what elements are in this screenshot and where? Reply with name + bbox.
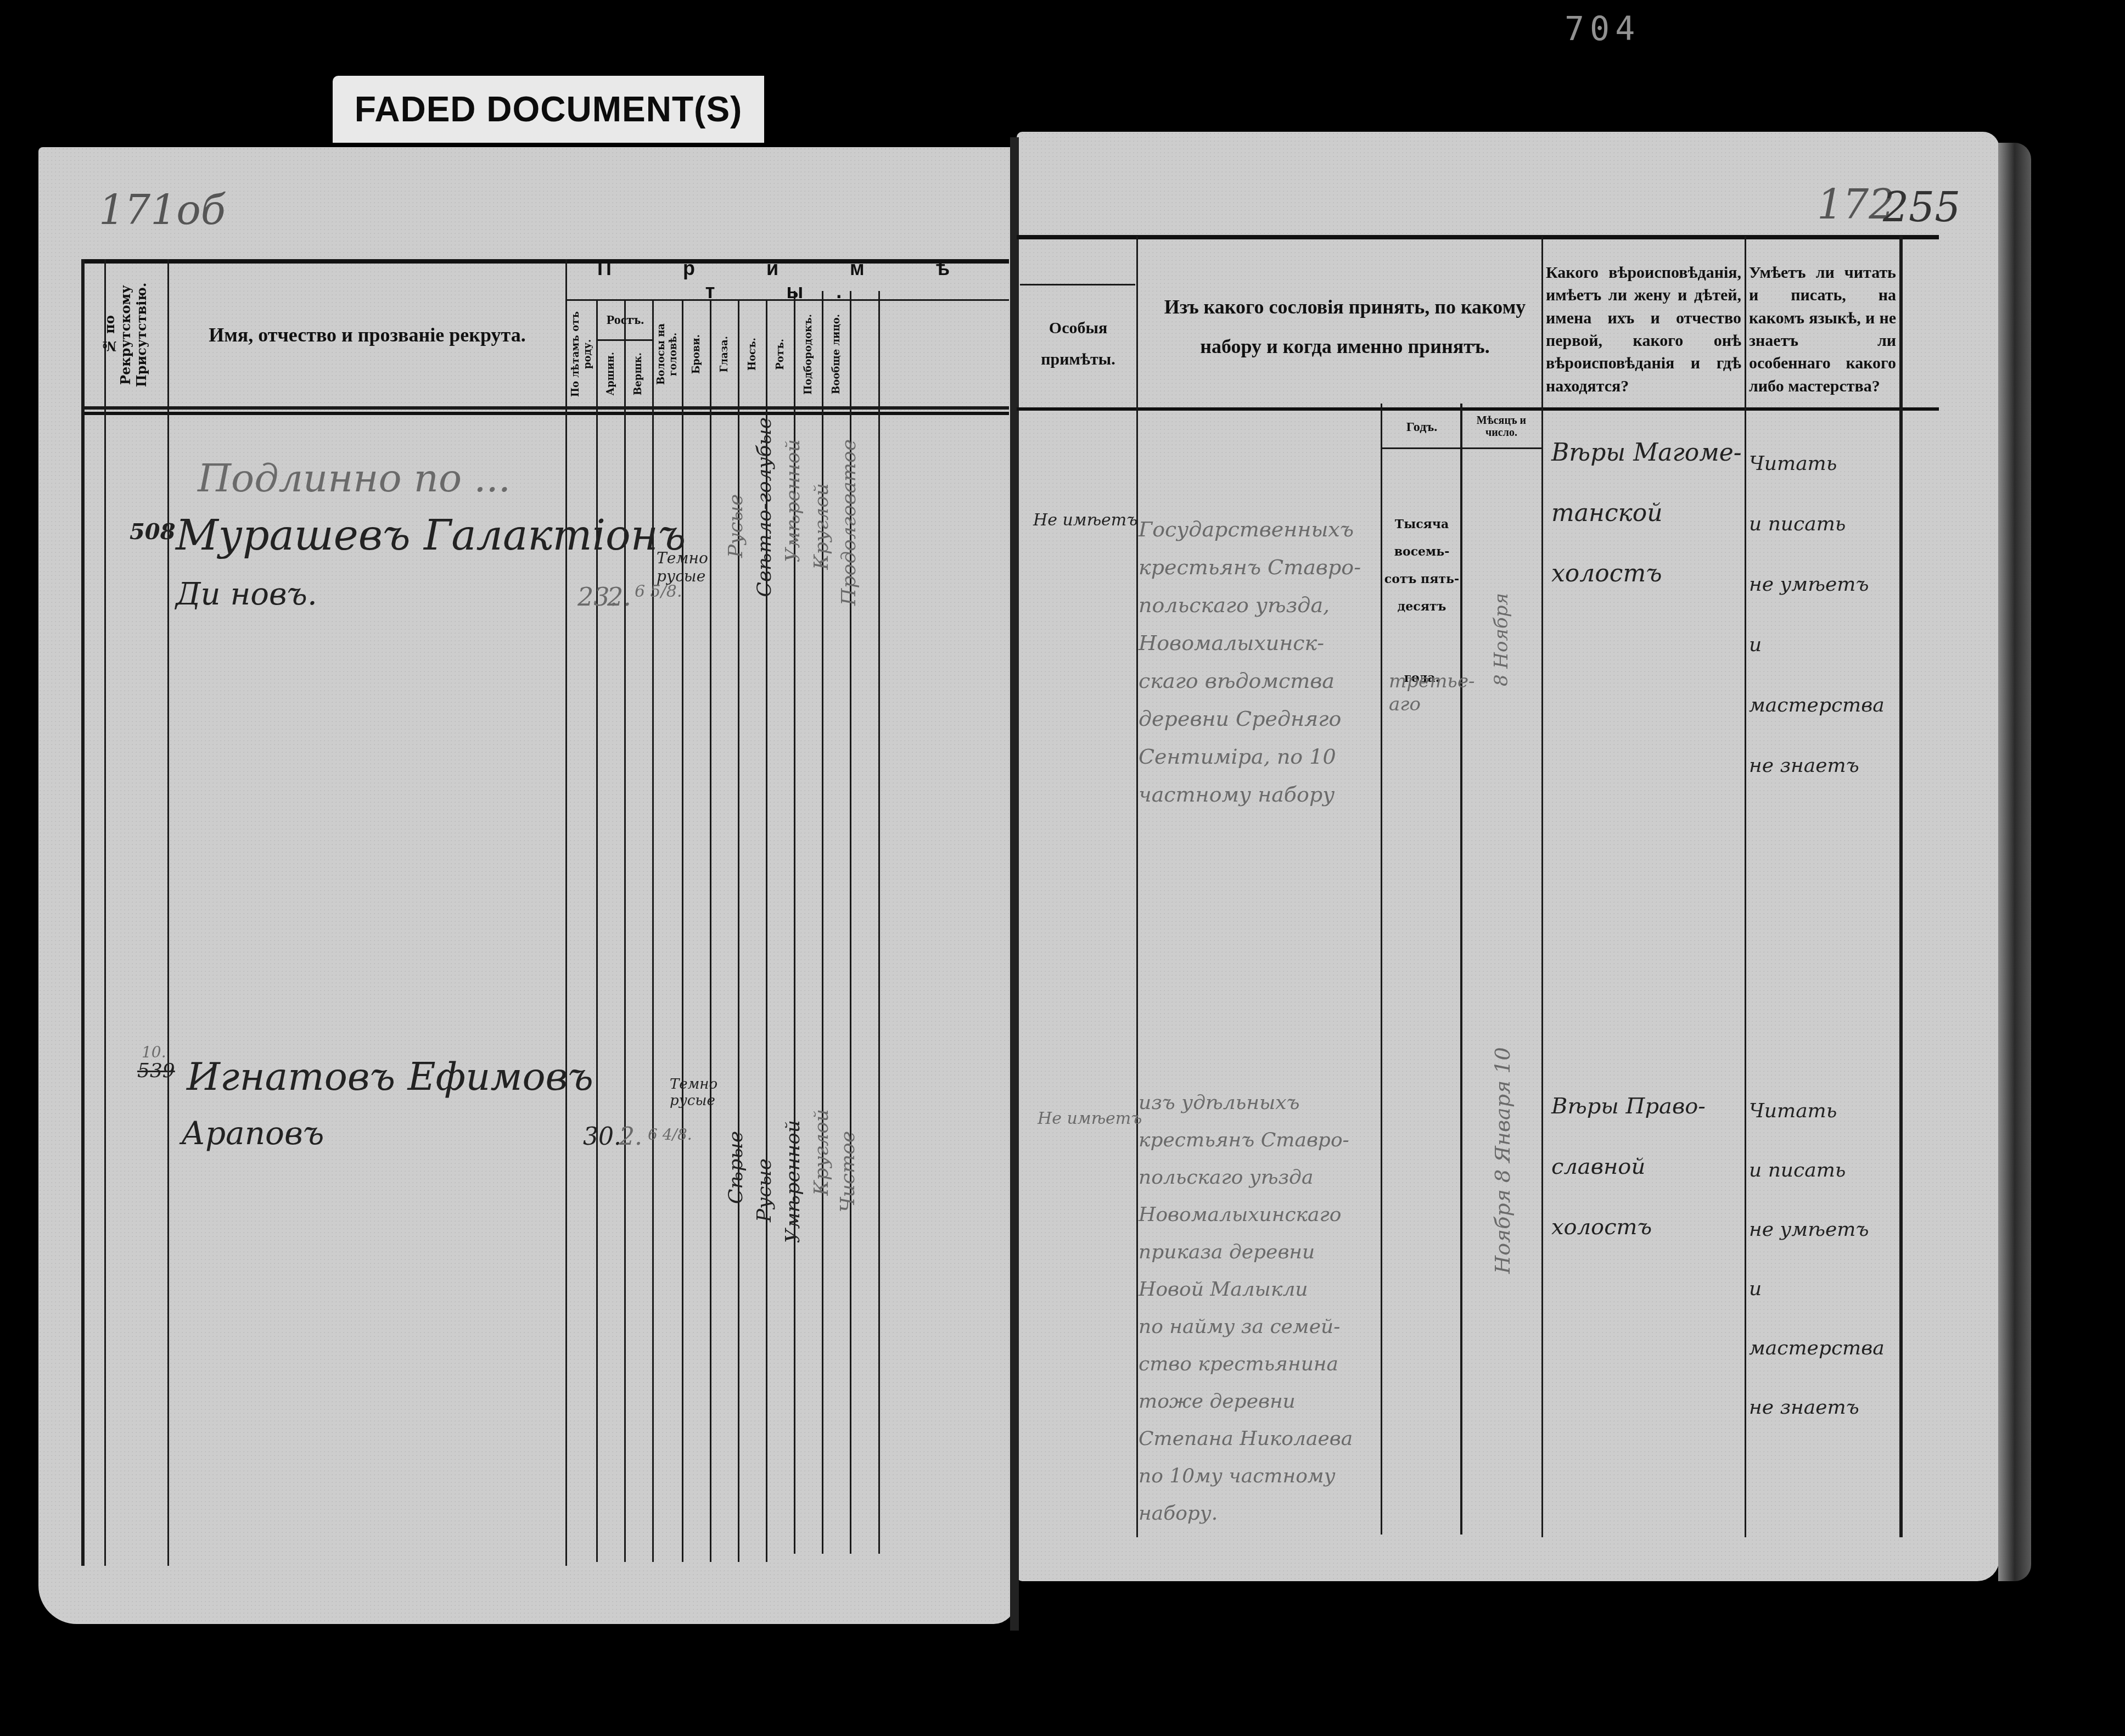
row1-year-handwritten: третье- аго [1389, 670, 1475, 716]
row1-number: 508 [130, 519, 176, 545]
row1-brows: Русые [725, 494, 747, 558]
col-border [1460, 404, 1462, 1535]
header-bottom [81, 406, 1009, 410]
faded-document-label: FADED DOCUMENT(S) [333, 76, 764, 143]
col-border [624, 299, 626, 1562]
col-border [1381, 404, 1382, 1535]
header-mouth: Ротъ. [767, 302, 794, 406]
row2-number: 539 [137, 1060, 175, 1082]
year-divider [1382, 447, 1541, 449]
col-border [104, 259, 106, 1566]
header-signs: П р и м ѣ т ы. [571, 261, 1009, 299]
row1-special: Не имѣетъ [1033, 511, 1137, 530]
col-border [1541, 236, 1543, 1537]
row1-month-day: 8 Ноября [1490, 593, 1512, 686]
col-border [822, 291, 823, 1554]
height-divider [596, 339, 652, 341]
row1-hair: Темно русые [657, 549, 733, 585]
header-estate: Изъ какого сословія принять, по какому н… [1142, 253, 1548, 401]
row2-month-day: Ноября 8 Января 10 [1490, 725, 1515, 1274]
col-border [1899, 236, 1903, 1537]
col-border [1745, 236, 1746, 1537]
col-border [682, 299, 683, 1562]
header-age: По лѣтамъ отъ роду. [568, 302, 596, 406]
row2-religion: Вѣры Право- славной холостъ [1551, 1076, 1743, 1257]
row1-literacy: Читать и писать не умѣетъ и мастерства н… [1749, 434, 1897, 796]
col-border [596, 299, 598, 1562]
header-special: Особыя примѣты. [1021, 285, 1135, 402]
row1-face: Продолговатое [838, 439, 860, 606]
col-border [81, 259, 85, 1566]
row1-estate: Государственныхъ крестьянъ Ставро- польс… [1139, 511, 1380, 814]
row2-nose: Умѣренной [782, 1120, 804, 1243]
row2-name-line1: Игнатовъ Ефимовъ [187, 1054, 593, 1099]
col-border [710, 299, 711, 1562]
header-year: Годъ. [1383, 407, 1460, 447]
header-hair: Волосы на головѣ. [653, 302, 682, 406]
row1-arshin: 2. [607, 582, 631, 612]
row1-chin: Круглой [810, 483, 833, 570]
header-face: Вообще лицо. [823, 302, 850, 406]
header-eyes: Глаза. [711, 302, 738, 406]
col-border [565, 259, 567, 1566]
col-border [1136, 236, 1138, 1537]
row1-faint-note: Подлинно по ... [198, 456, 511, 501]
header-height: Ростъ. [598, 303, 652, 337]
page-stack-edge [1998, 143, 2031, 1581]
row2-arshin: 2. [619, 1123, 642, 1151]
row2-vershok: 6 4/8. [648, 1125, 692, 1144]
row2-chin: Круглой [810, 1109, 833, 1196]
header-literacy: Умѣетъ ли читать и писать, на какомъ язы… [1749, 261, 1896, 398]
row2-name-line2: Араповъ [181, 1115, 324, 1152]
row1-name-line1: Мурашевъ Галактіонъ [176, 511, 686, 559]
col-border [167, 259, 169, 1566]
row1-nose: Умѣренной [782, 439, 804, 562]
row2-hair: Темно русые [670, 1076, 741, 1109]
folio-left: 171об [99, 187, 226, 234]
header-name: Имя, отчество и прозваніе рекрута. [170, 264, 564, 406]
row2-number-note: 10. [142, 1043, 166, 1061]
header-religion: Какого вѣроисповѣданія, имѣетъ ли жену и… [1546, 261, 1741, 398]
header-chin: Подбородокъ. [795, 302, 822, 406]
header-brows: Брови. [683, 302, 710, 406]
row2-age: 30. [583, 1123, 621, 1151]
folio-right-stamp: 255 [1883, 184, 1960, 231]
row2-brows: Сѣрые [725, 1131, 747, 1204]
header-vershok: Вершк. [626, 341, 651, 406]
header-nose: Носъ. [739, 302, 766, 406]
header-number: № по Рекрутскому Присутствію. [85, 264, 167, 406]
col-border [738, 299, 739, 1562]
archive-mark: 704 [1565, 10, 1640, 48]
row2-face: Чистое [837, 1131, 859, 1212]
header-month-day: Мѣсяцъ и число. [1463, 406, 1540, 447]
printed-year: Тысяча восемь- сотъ пять- десятъ года. [1383, 511, 1460, 692]
row2-special: Не имѣетъ [1038, 1109, 1142, 1128]
col-border [652, 299, 654, 1562]
col-border [878, 291, 880, 1554]
header-arshin: Аршин. [598, 341, 624, 406]
row1-name-line2: Ди новъ. [176, 576, 317, 612]
row2-literacy: Читать и писать не умѣетъ и мастерства н… [1749, 1082, 1897, 1437]
row1-eyes: Свѣтло-голубые [753, 417, 776, 597]
row1-religion: Вѣры Магоме- танской холостъ [1551, 423, 1743, 604]
row2-estate: изъ удѣльныхъ крестьянъ Ставро- польскаг… [1139, 1084, 1380, 1532]
row2-eyes: Русые [753, 1158, 776, 1222]
